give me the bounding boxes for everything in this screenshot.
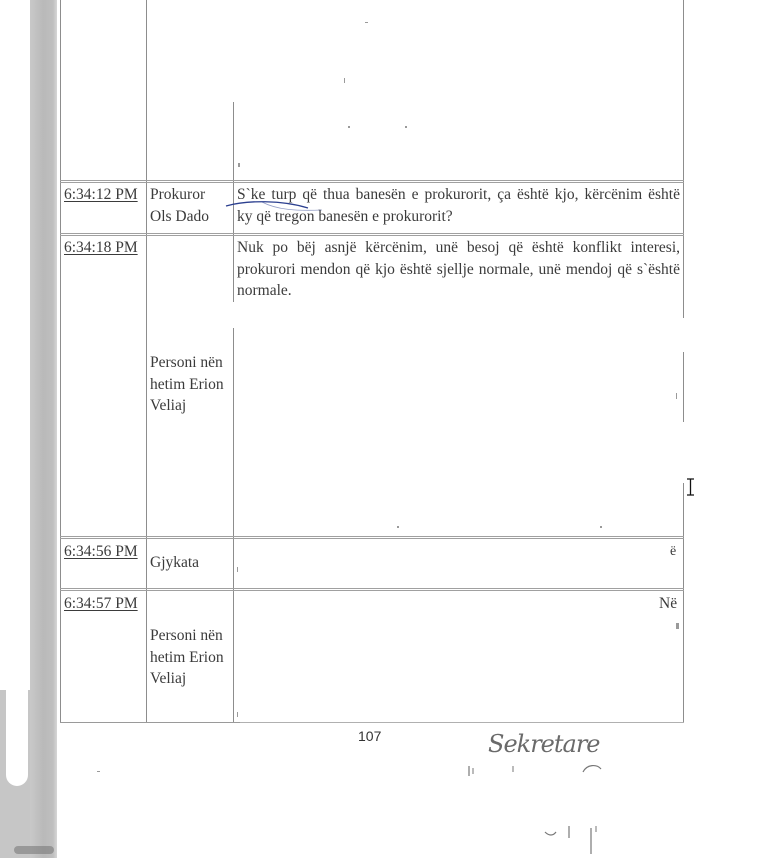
speaker-line: Personi nën (150, 625, 224, 647)
row-speaker: Personi nën hetim Erion Veliaj (150, 352, 224, 417)
scan-speck (97, 771, 100, 772)
scan-shadow-strip (30, 0, 57, 858)
table-border-bottom (60, 722, 240, 723)
scan-speck (348, 126, 350, 128)
row-divider (60, 233, 684, 236)
table-border-left (60, 0, 61, 723)
scan-speck (676, 393, 677, 399)
scan-smudge (14, 846, 54, 854)
handwritten-note: Sekretare (488, 730, 600, 758)
column-divider-partial (146, 0, 147, 300)
pen-underline-mark (222, 196, 332, 216)
text-cursor-icon (686, 478, 695, 496)
speaker-line: Ols Dado (150, 206, 209, 228)
row-speaker: Prokuror Ols Dado (150, 184, 209, 227)
text-line: Nuk po bëj asnjë kërcënim, unë besoj që … (237, 237, 680, 259)
row-text-fragment: Në (659, 593, 677, 615)
column-divider-speaker-text (233, 102, 234, 182)
text-line: prokurori mendon që kjo është sjellje no… (237, 259, 680, 281)
scan-speck (397, 526, 399, 528)
row-time: 6:34:57 PM (64, 593, 138, 615)
scan-shadow-cutout (6, 650, 28, 786)
scan-speck (676, 623, 679, 629)
row-time: 6:34:12 PM (64, 184, 138, 206)
redacted-area (236, 304, 682, 530)
table-border-right (683, 352, 684, 422)
row-divider (60, 180, 684, 183)
scan-speck (344, 78, 345, 83)
row-speaker: Personi nën hetim Erion Veliaj (150, 625, 224, 690)
row-text-fragment: ë (670, 541, 676, 563)
row-divider (60, 536, 684, 539)
speaker-line: hetim Erion (150, 374, 224, 396)
speaker-line: Veliaj (150, 668, 224, 690)
scan-speck (600, 526, 602, 528)
scan-speck (405, 126, 407, 128)
column-divider-speaker-text (233, 328, 234, 723)
speaker-line: Personi nën (150, 352, 224, 374)
table-border-right (683, 483, 684, 723)
scan-speck (365, 22, 368, 23)
page-number: 107 (358, 728, 381, 744)
scan-speck (237, 712, 238, 717)
scan-speck (238, 163, 240, 167)
row-time: 6:34:56 PM (64, 541, 138, 563)
text-line: normale. (237, 280, 680, 302)
table-border-bottom (240, 722, 684, 723)
row-text: Nuk po bëj asnjë kërcënim, unë besoj që … (237, 237, 680, 302)
row-speaker: Gjykata (150, 552, 199, 574)
scan-speck (237, 567, 238, 572)
speaker-line: Prokuror (150, 184, 209, 206)
speaker-line: hetim Erion (150, 647, 224, 669)
speaker-line: Veliaj (150, 395, 224, 417)
handwritten-signature-marks (465, 760, 615, 858)
row-divider (60, 588, 684, 591)
row-time: 6:34:18 PM (64, 237, 138, 259)
table-border-right (683, 0, 684, 318)
